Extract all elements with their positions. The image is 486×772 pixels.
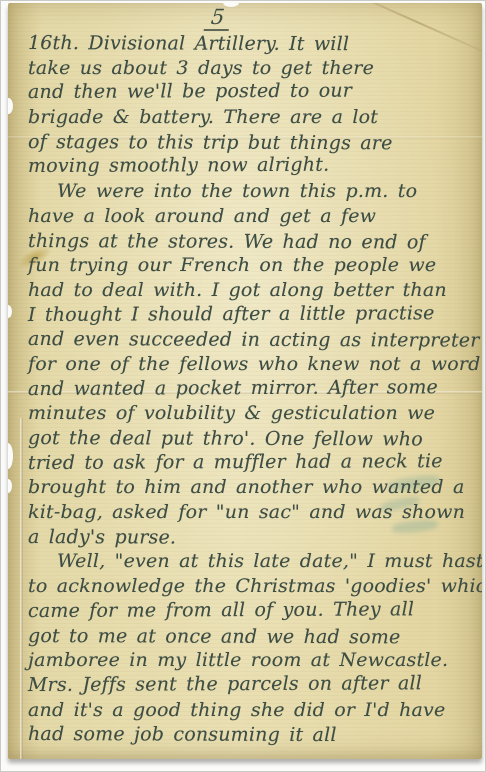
letter-line: and then we'll be posted to our — [28, 78, 478, 105]
letter-line: moving smoothly now alright. — [28, 152, 478, 179]
letter-line: for one of the fellows who knew not a wo… — [28, 352, 478, 377]
letter-line: got the deal put thro'. One fellow who — [28, 426, 478, 452]
torn-edge-notch — [8, 305, 12, 318]
letter-line: take us about 3 days to get there — [28, 56, 478, 81]
letter-line: brought to him and another who wanted a — [28, 475, 478, 500]
letter-paper: 5 16th. Divisional Artillery. It willtak… — [8, 3, 482, 759]
torn-edge-notch — [8, 98, 13, 114]
letter-line: Well, "even at this late date," I must h… — [28, 549, 478, 574]
letter-line: came for me from all of you. They all — [28, 597, 478, 624]
letter-line: got to me at once and we had some — [28, 624, 478, 650]
letter-line: brigade & battery. There are a lot — [28, 105, 478, 130]
letter-line: and wanted a pocket mirror. After some — [28, 375, 478, 402]
letter-body: 16th. Divisional Artillery. It willtake … — [28, 31, 478, 747]
letter-line: I thought I should after a little practi… — [28, 301, 478, 328]
letter-line: and it's a good thing she did or I'd hav… — [28, 698, 478, 723]
torn-edge-notch — [8, 479, 12, 493]
letter-line: and even succeeded in acting as interpre… — [28, 327, 478, 353]
page-number: 5 — [204, 5, 232, 31]
letter-line: had to deal with. I got along better tha… — [28, 278, 478, 303]
letter-line: jamboree in my little room at Newcastle. — [28, 648, 478, 673]
letter-line: kit-bag, asked for "un sac" and was show… — [28, 500, 478, 525]
letter-line: minutes of volubility & gesticulation we — [28, 401, 478, 426]
letter-line: Mrs. Jeffs sent the parcels on after all — [28, 671, 478, 698]
letter-line: have a look around and get a few — [28, 204, 478, 229]
letter-line: fun trying our French on the people we — [28, 253, 478, 278]
letter-line: tried to ask for a muffler had a neck ti… — [28, 449, 478, 476]
letter-line: a lady's purse. — [28, 525, 478, 551]
letter-line: to acknowledge the Christmas 'goodies' w… — [28, 574, 478, 599]
letter-line: 16th. Divisional Artillery. It will — [28, 31, 478, 57]
torn-edge-notch — [8, 443, 13, 469]
scan-background: 5 16th. Divisional Artillery. It willtak… — [0, 0, 486, 772]
letter-line: had some job consuming it all — [28, 722, 478, 748]
letter-line: We were into the town this p.m. to — [28, 179, 478, 204]
letter-line: things at the stores. We had no end of — [28, 229, 478, 255]
left-edge-crease — [20, 418, 23, 759]
